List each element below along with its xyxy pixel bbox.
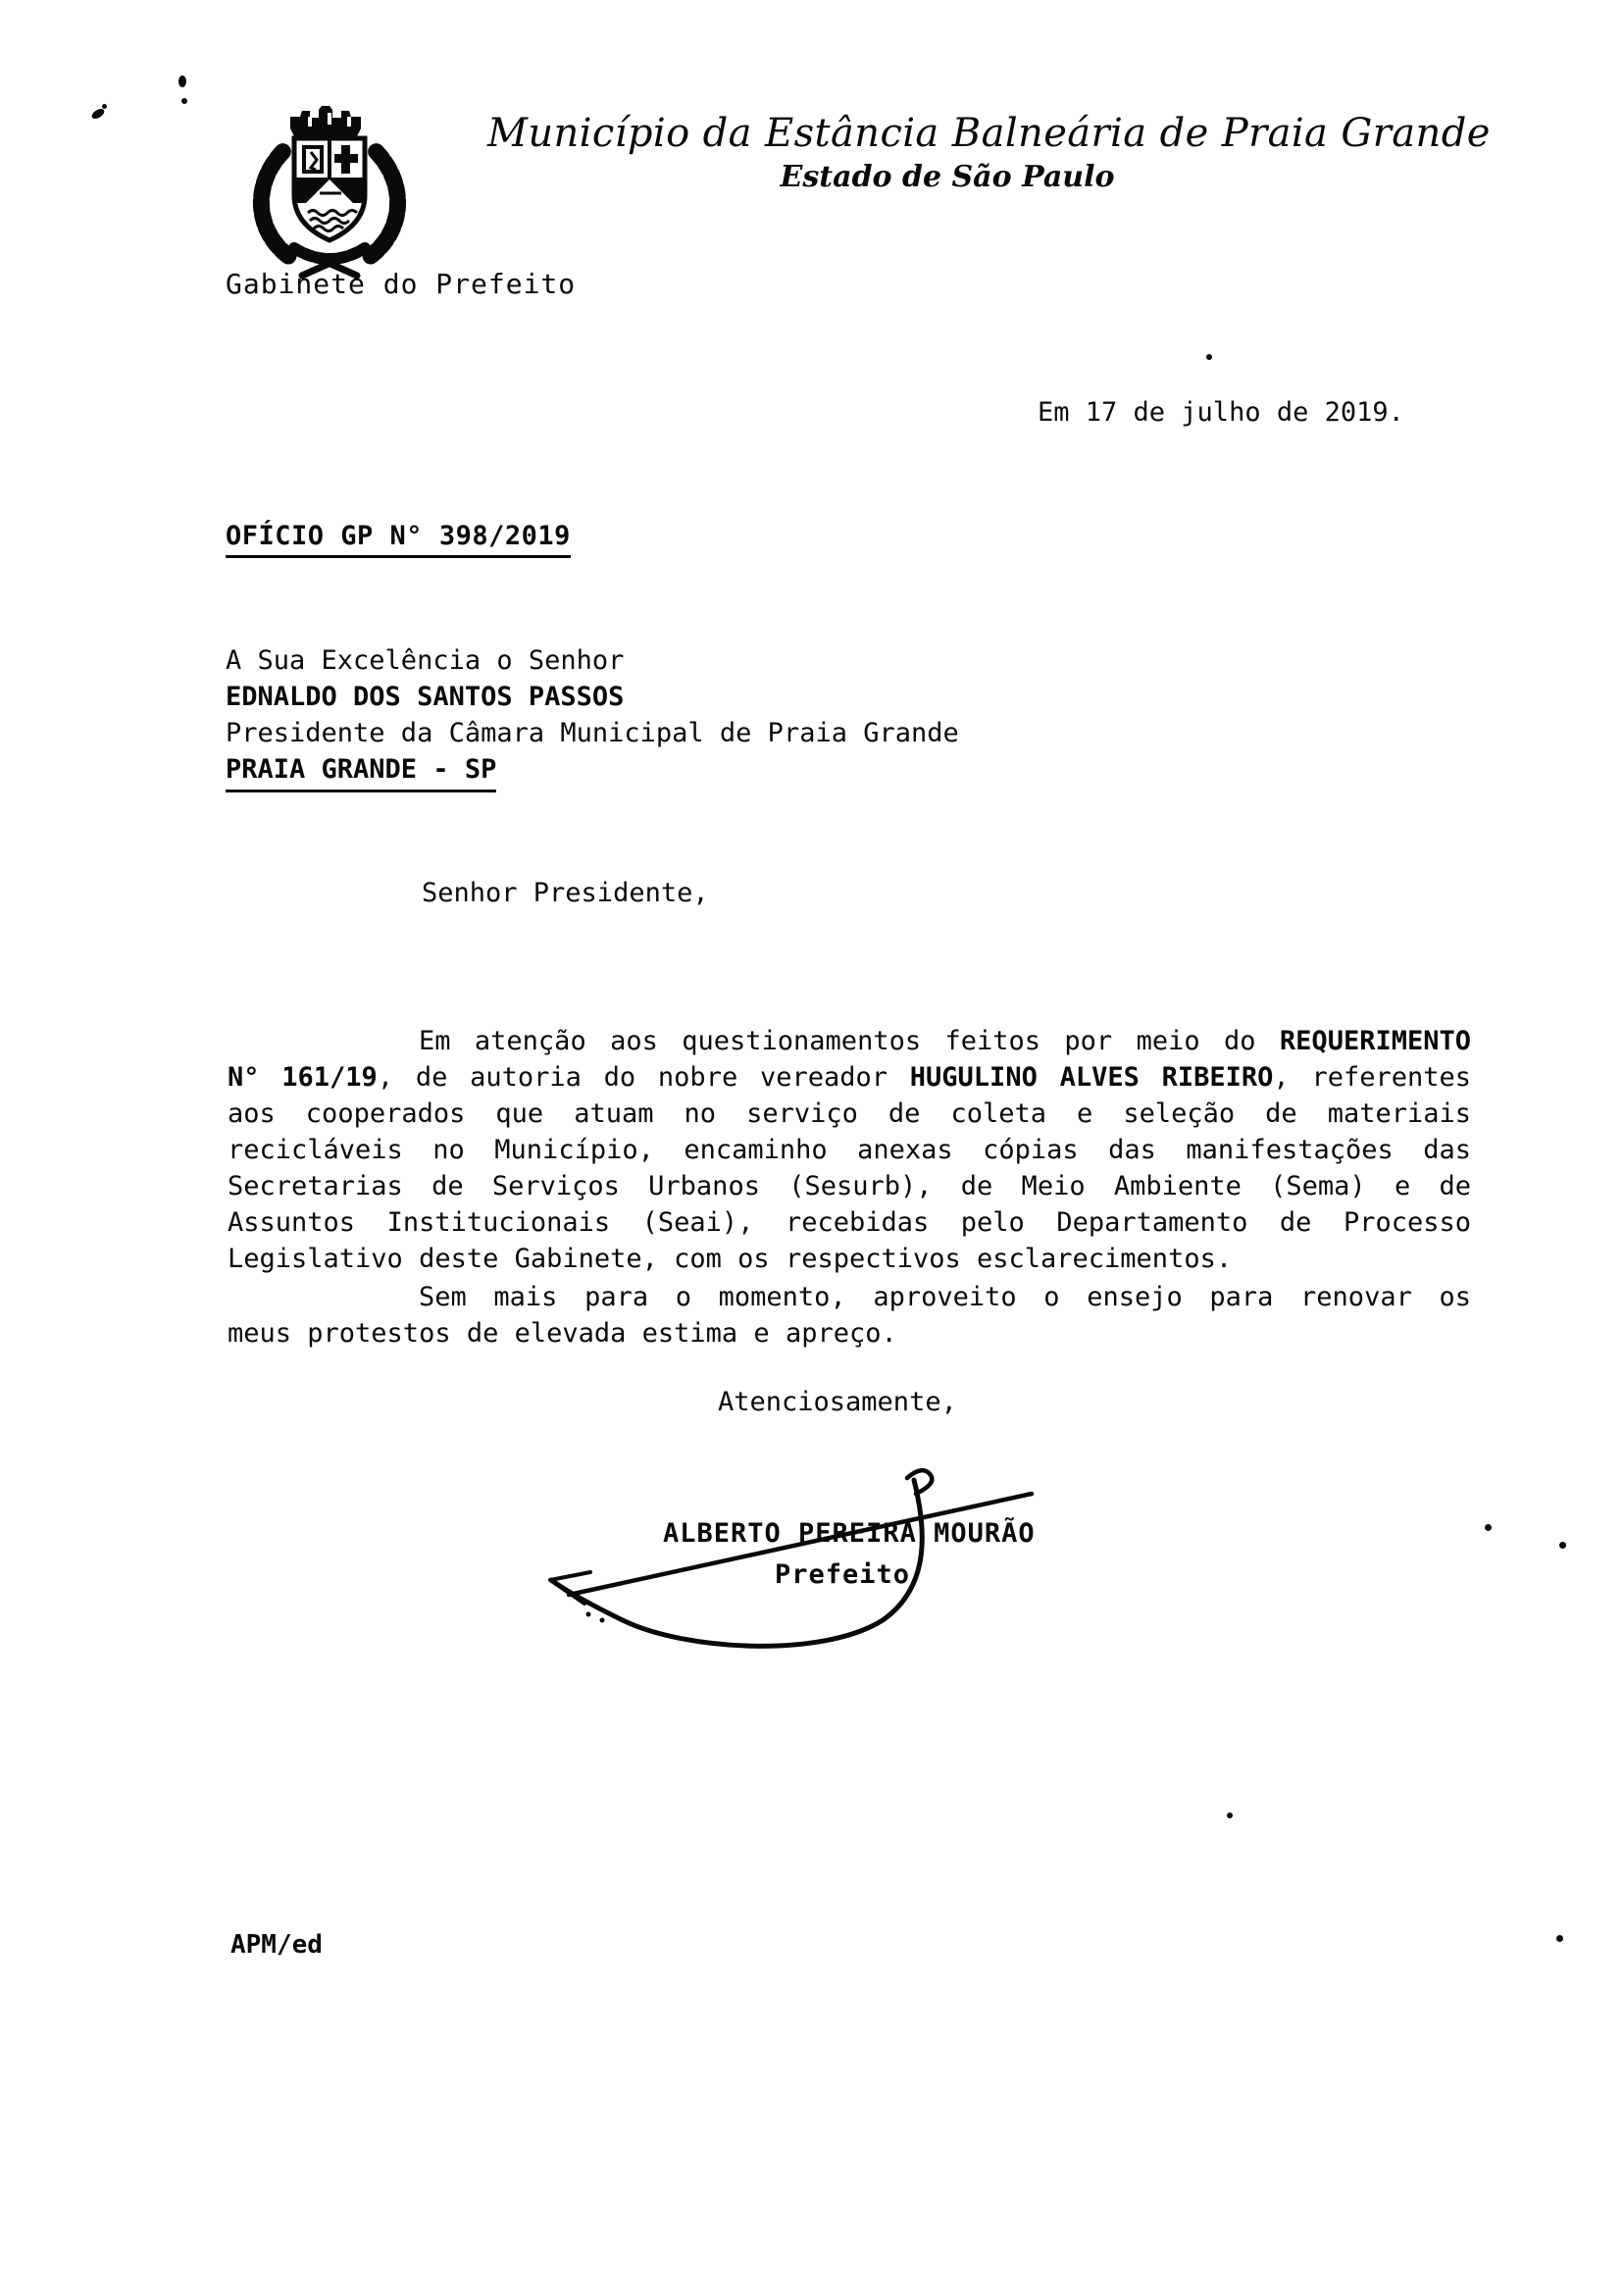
oficio-reference: OFÍCIO GP N° 398/2019 xyxy=(226,521,571,558)
body-line: Em atenção aos questionamentos feitos po… xyxy=(228,1023,1471,1059)
body-text: meus protestos de elevada estima e apreç… xyxy=(228,1318,897,1349)
closing: Atenciosamente, xyxy=(718,1387,957,1417)
body-text: Legislativo deste Gabinete, com os respe… xyxy=(228,1244,1232,1274)
scan-speck xyxy=(178,76,186,87)
body-text: aos cooperados que atuam no serviço de c… xyxy=(228,1098,1471,1129)
addressee-salutation: A Sua Excelência o Senhor xyxy=(226,642,959,679)
initials: APM/ed xyxy=(230,1930,323,1960)
addressee-block: A Sua Excelência o Senhor EDNALDO DOS SA… xyxy=(226,642,959,788)
handwritten-signature-icon xyxy=(530,1437,1079,1672)
body-line: aos cooperados que atuam no serviço de c… xyxy=(228,1096,1471,1132)
date-line: Em 17 de julho de 2019. xyxy=(1038,397,1404,428)
body-paragraph-1: Em atenção aos questionamentos feitos po… xyxy=(228,1023,1471,1277)
municipality-title: Município da Estância Balneária de Praia… xyxy=(487,111,1491,156)
body-line: meus protestos de elevada estima e apreç… xyxy=(228,1315,1471,1352)
body-text: Em atenção aos questionamentos feitos po… xyxy=(419,1026,1280,1056)
scan-speck xyxy=(1556,1935,1563,1942)
scan-speck xyxy=(1227,1812,1233,1818)
body-text: Sem mais para o momento, aproveito o ens… xyxy=(419,1282,1471,1312)
body-line: recicláveis no Município, encaminho anex… xyxy=(228,1132,1471,1168)
body-text: , referentes xyxy=(1273,1062,1471,1093)
scan-speck xyxy=(90,107,106,121)
scan-speck xyxy=(1485,1524,1492,1531)
body-text: , de autoria do nobre vereador xyxy=(378,1062,910,1093)
emphasized-text: HUGULINO ALVES RIBEIRO xyxy=(910,1062,1274,1093)
greeting: Senhor Presidente, xyxy=(422,878,709,908)
office-name: Gabinete do Prefeito xyxy=(226,268,576,300)
emphasized-text: N° 161/19 xyxy=(228,1062,378,1093)
body-line: Sem mais para o momento, aproveito o ens… xyxy=(228,1279,1471,1315)
scan-speck xyxy=(1206,354,1212,360)
addressee-title: Presidente da Câmara Municipal de Praia … xyxy=(226,715,959,751)
emphasized-text: REQUERIMENTO xyxy=(1280,1026,1471,1056)
body-line: Secretarias de Serviços Urbanos (Sesurb)… xyxy=(228,1168,1471,1204)
scan-speck xyxy=(102,104,107,109)
coat-of-arms-icon xyxy=(226,101,433,280)
state-subtitle: Estado de São Paulo xyxy=(487,160,1407,194)
addressee-name: EDNALDO DOS SANTOS PASSOS xyxy=(226,679,959,715)
body-paragraph-2: Sem mais para o momento, aproveito o ens… xyxy=(228,1279,1471,1352)
body-text: Secretarias de Serviços Urbanos (Sesurb)… xyxy=(228,1171,1471,1201)
body-text: recicláveis no Município, encaminho anex… xyxy=(228,1135,1471,1165)
body-line: Legislativo deste Gabinete, com os respe… xyxy=(228,1241,1471,1277)
scan-speck xyxy=(181,98,187,104)
scan-speck xyxy=(1559,1542,1566,1549)
body-text: Assuntos Institucionais (Seai), recebida… xyxy=(228,1207,1471,1238)
scanned-letter-page: Município da Estância Balneária de Praia… xyxy=(0,0,1623,2296)
addressee-city: PRAIA GRANDE - SP xyxy=(226,751,496,792)
body-line: Assuntos Institucionais (Seai), recebida… xyxy=(228,1204,1471,1241)
body-line: N° 161/19, de autoria do nobre vereador … xyxy=(228,1059,1471,1096)
